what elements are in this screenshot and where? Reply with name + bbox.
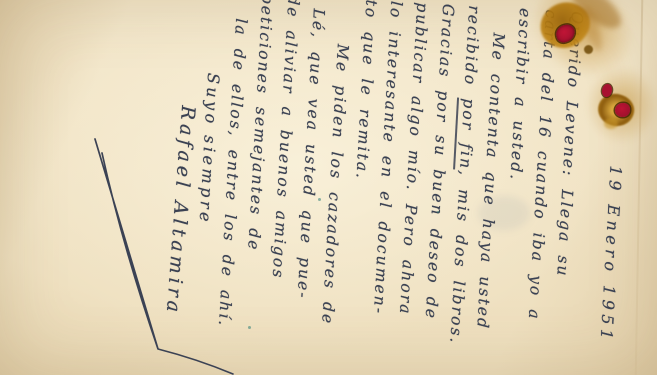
letter-photo: 19 Enero 1951 Querido Levene: Llega su c… [0, 0, 657, 375]
ink-speck [437, 211, 439, 213]
ink-speck [318, 198, 321, 201]
signature-flourish [0, 0, 657, 375]
ink-speck [248, 326, 251, 329]
